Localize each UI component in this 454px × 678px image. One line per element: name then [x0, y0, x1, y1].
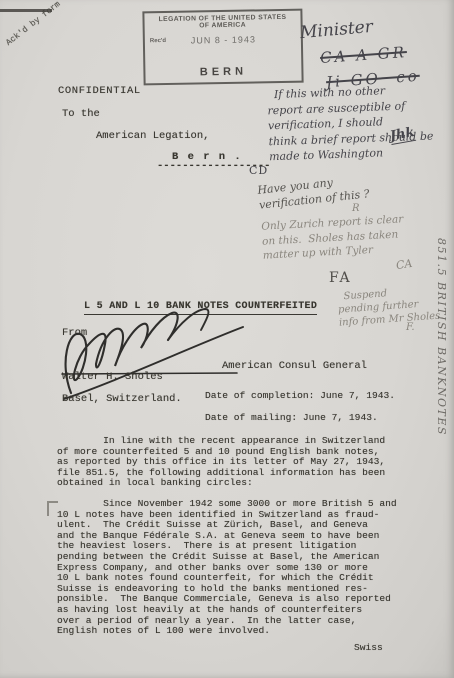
handwritten-ink-note: If this with no other report are suscept… [267, 81, 454, 165]
sender-title: American Consul General [222, 361, 367, 372]
file-number-margin: 851.5 BRITISH BANKNOTES [435, 238, 448, 436]
handwritten-cd-label: CD [249, 164, 268, 177]
recipient-name: American Legation, [96, 131, 209, 142]
handwritten-pencil-initials-2: F. [406, 322, 415, 333]
body-paragraph-2: Since November 1942 some 3000 or more Br… [57, 499, 413, 637]
body-paragraph-1: In line with the recent appearance in Sw… [57, 436, 407, 489]
stamp-city: BERN [145, 65, 301, 80]
stamp-date: JUN 8 - 1943 [191, 34, 256, 45]
date-of-completion: Date of completion: June 7, 1943. [205, 391, 395, 402]
handwritten-pencil-note-1: Only Zurich report is clear on this. Sho… [261, 212, 405, 263]
catchword: Swiss [354, 643, 383, 654]
handwritten-caret-r: R [352, 203, 360, 214]
handwritten-pencil-note-2: Suspend pending further info from Mr Sho… [337, 283, 444, 329]
scanned-document-page: Ack'd by form LEGATION OF THE UNITED STA… [0, 0, 454, 678]
received-stamp: LEGATION OF THE UNITED STATES OF AMERICA… [142, 9, 303, 86]
handwritten-struck-1: CA A GR [319, 43, 407, 67]
sender-location: Basel, Switzerland. [62, 394, 182, 405]
stamp-recd-label: Rec'd [150, 38, 166, 44]
sender-name: Walter H. Sholes [62, 372, 163, 383]
handwritten-fa-label: FA [329, 270, 352, 286]
handwritten-pencil-initials-1: CA [395, 257, 413, 272]
handwritten-minister: Minister [299, 17, 373, 43]
ack-note: Ack'd by form [4, 0, 63, 48]
classification-label: CONFIDENTIAL [58, 86, 141, 97]
recipient-to: To the [62, 109, 100, 120]
date-of-mailing: Date of mailing: June 7, 1943. [205, 413, 378, 424]
